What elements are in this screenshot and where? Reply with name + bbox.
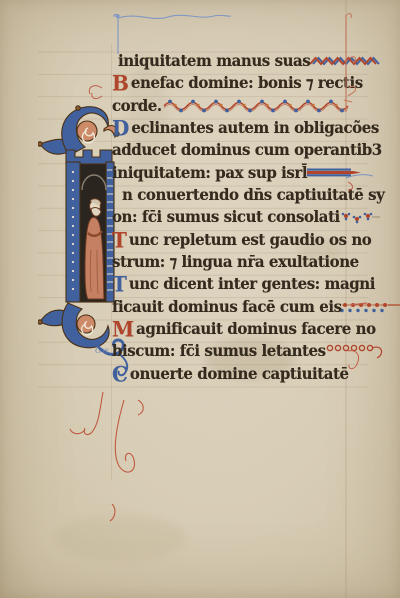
versal-initial: D (112, 118, 129, 139)
line-text: unc repletum est gaudio os no (129, 230, 371, 249)
versal-initial: T (112, 229, 127, 250)
line-text: strum: ⁊ lingua nr̄a exultatione (112, 253, 359, 272)
line-filler-ornament (340, 211, 374, 224)
line-text: biscum: fc̄i sumus letantes (112, 342, 326, 361)
line-filler-ornament (326, 343, 386, 359)
quire-mark: Gw (95, 346, 109, 355)
versal-initial: C (112, 363, 128, 384)
line-filler-ornament (310, 56, 376, 67)
line-text: corde. (112, 96, 162, 115)
line-text: ficauit dominus facē cum eis (112, 297, 342, 316)
line-text: eclinantes autem in obligacões (131, 119, 378, 138)
text-line: Declinantes autem in obligacões (112, 117, 350, 139)
text-line: strum: ⁊ lingua nr̄a exultatione (112, 251, 350, 273)
parchment-stain (55, 515, 185, 561)
line-text: n conuertendo dn̄s captiuitatē sy (122, 186, 384, 205)
text-line: Conuerte domine captiuitatē (112, 363, 350, 385)
versal-initial: T (112, 274, 127, 295)
text-line: Magnificauit dominus facere no (112, 318, 350, 340)
line-text: iniquitatem: pax sup isrl̄ (112, 163, 307, 182)
text-line: Tunc dicent inter gentes: magni (112, 273, 350, 295)
text-line: corde. (112, 95, 350, 117)
line-text: onuerte domine captiuitatē (130, 364, 349, 383)
line-text: unc dicent inter gentes: magni (129, 275, 375, 294)
line-text: enefac domine: bonis ⁊ rectis (131, 74, 363, 93)
manuscript-page: iniquitatem manus suasBenefac domine: bo… (0, 0, 400, 598)
text-line: Tunc repletum est gaudio os no (112, 229, 350, 251)
text-line: n conuertendo dn̄s captiuitatē sy (112, 184, 350, 206)
line-text: adducet dominus cum operantib3 (112, 141, 382, 160)
line-filler-ornament (164, 99, 350, 113)
line-filler-ornament (342, 301, 400, 313)
text-line: iniquitatem manus suas (112, 50, 350, 72)
text-line: on: fc̄i sumus sicut consolati (112, 206, 350, 228)
text-line: iniquitatem: pax sup isrl̄ (112, 162, 350, 184)
line-text: agnificauit dominus facere no (136, 320, 376, 339)
text-line: adducet dominus cum operantib3 (112, 139, 350, 161)
line-text: iniquitatem manus suas (118, 52, 310, 71)
text-line: ficauit dominus facē cum eis (112, 296, 350, 318)
line-text: on: fc̄i sumus sicut consolati (112, 208, 340, 227)
versal-initial: M (112, 319, 134, 340)
versal-initial: B (112, 73, 129, 94)
line-filler-ornament (307, 167, 359, 178)
text-line: Benefac domine: bonis ⁊ rectis (112, 72, 350, 94)
text-line: biscum: fc̄i sumus letantes (112, 340, 350, 362)
text-block: iniquitatem manus suasBenefac domine: bo… (112, 50, 350, 385)
